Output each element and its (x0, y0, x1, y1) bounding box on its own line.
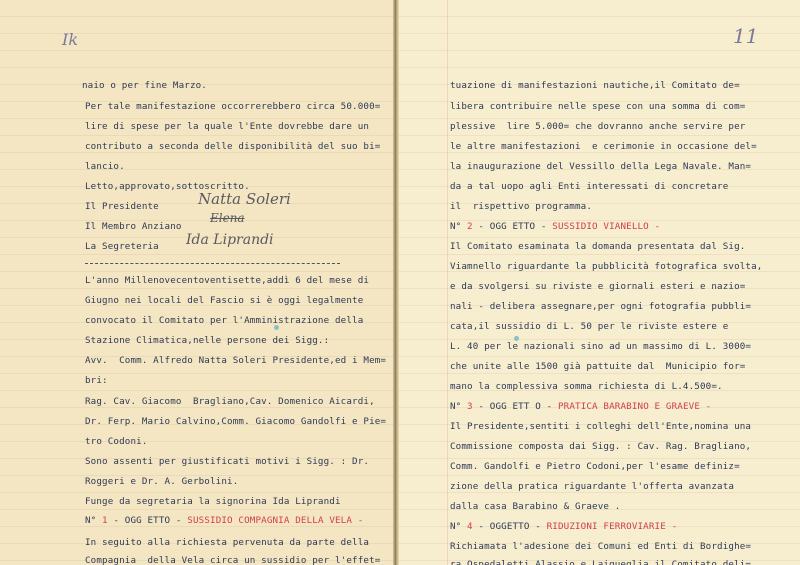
text-line: Richiamata l'adesione dei Comuni ed Enti… (450, 541, 751, 552)
signature-label-president: Il Presidente (85, 201, 159, 212)
text-line: da a tal uopo agli Enti interessati di c… (450, 181, 728, 192)
text-line: la inaugurazione del Vessillo della Lega… (450, 161, 751, 172)
signature-label-member: Il Membro Anziano (85, 221, 182, 232)
text-line: tro Codoni. (85, 436, 148, 447)
text-line: plessive lire 5.000= che dovranno anche … (450, 121, 745, 132)
signature-secretary: Ida Liprandi (186, 232, 274, 248)
text-line: dalla casa Barabino & Graeve . (450, 501, 620, 512)
agenda-item-title: PRATICA BARABINO E GRAEVE - (558, 401, 711, 412)
left-page: Ik naio o per fine Marzo. Per tale manif… (0, 0, 393, 565)
text-line: Funge da segretaria la signorina Ida Lip… (85, 496, 341, 507)
agenda-item-4: N° 4 - OGGETTO - RIDUZIONI FERROVIARIE - (450, 521, 677, 532)
text-line: tuazione di manifestazioni nautiche,il C… (450, 80, 740, 91)
text-line: Roggeri e Dr. A. Gerbolini. (85, 476, 238, 487)
text-line: Avv. Comm. Alfredo Natta Soleri Presiden… (85, 355, 386, 366)
text-line: Il Comitato esaminata la domanda present… (450, 241, 745, 252)
agenda-item-1: N° 1 - OGG ETTO - SUSSIDIO COMPAGNIA DEL… (85, 515, 363, 526)
text-line: Sono assenti per giustificati motivi i S… (85, 456, 369, 467)
text-line: che unite alle 1500 già pattuite dal Mun… (450, 361, 745, 372)
section-divider (85, 263, 340, 264)
text-line: L'anno Millenovecentoventisette,addì 6 d… (85, 275, 369, 286)
agenda-item-3: N° 3 - OGG ETT O - PRATICA BARABINO E GR… (450, 401, 711, 412)
text-line: Stazione Climatica,nelle persone dei Sig… (85, 335, 329, 346)
signature-label-secretary: La Segreteria (85, 241, 159, 252)
text-line: e da svolgersi su riviste e giornali est… (450, 281, 745, 292)
text-line: Commissione composta dai Sigg. : Cav. Ra… (450, 441, 751, 452)
text-line: lire di spese per la quale l'Ente dovreb… (85, 121, 369, 132)
text-line: Comm. Gandolfi e Pietro Codoni,per l'esa… (450, 461, 740, 472)
document-spread: Ik naio o per fine Marzo. Per tale manif… (0, 0, 800, 565)
folio-left: Ik (62, 30, 78, 49)
agenda-item-2: N° 2 - OGG ETTO - SUSSIDIO VIANELLO - (450, 221, 660, 232)
text-line: Dr. Ferp. Mario Calvino,Comm. Giacomo Ga… (85, 416, 386, 427)
text-line: L. 40 per le nazionali sino ad un massim… (450, 341, 751, 352)
text-line: convocato il Comitato per l'Amministrazi… (85, 315, 363, 326)
text-line: cata,il sussidio di L. 50 per le riviste… (450, 321, 728, 332)
text-line: nali - delibera assegnare,per ogni fotog… (450, 301, 751, 312)
agenda-item-title: RIDUZIONI FERROVIARIE - (547, 521, 678, 532)
right-page-text: tuazione di manifestazioni nautiche,il C… (399, 0, 433, 363)
text-line: le altre manifestazioni e cerimonie in o… (450, 141, 757, 152)
ink-spot (274, 325, 279, 330)
text-line: Il Presidente,sentiti i colleghi dell'En… (450, 421, 751, 432)
text-line: In seguito alla richiesta pervenuta da p… (85, 537, 369, 548)
agenda-item-title: SUSSIDIO VIANELLO - (552, 221, 660, 232)
text-line: naio o per fine Marzo. (82, 80, 207, 91)
text-line: Rag. Cav. Giacomo Bragliano,Cav. Domenic… (85, 396, 375, 407)
text-line: bri: (85, 375, 108, 386)
text-line: ra,Ospedaletti,Alassio e Laigueglia,il C… (450, 559, 751, 565)
text-line: Viamnello riguardante la pubblicità foto… (450, 261, 762, 272)
agenda-item-title: SUSSIDIO COMPAGNIA DELLA VELA - (187, 515, 363, 526)
left-page-text: naio o per fine Marzo. Per tale manifest… (0, 0, 34, 319)
text-line: mano la complessiva somma richiesta di L… (450, 381, 723, 392)
text-line: Per tale manifestazione occorrerebbero c… (85, 101, 380, 112)
text-line: zione della pratica riguardante l'offert… (450, 481, 734, 492)
folio-right: 11 (733, 24, 758, 48)
text-line: libera contribuire nelle spese con una s… (450, 101, 745, 112)
right-page: 11 tuazione di manifestazioni nautiche,i… (399, 0, 800, 565)
text-line: contributo a seconda delle disponibilità… (85, 141, 380, 152)
signature-president: Natta Soleri (198, 190, 291, 208)
text-line: Compagnia della Vela circa un sussidio p… (85, 555, 380, 565)
signature-member: Elena (210, 211, 245, 225)
text-line: lancio. (85, 161, 125, 172)
text-line: Giugno nei locali del Fascio si è oggi l… (85, 295, 363, 306)
ink-spot (514, 336, 519, 341)
text-line: il rispettivo programma. (450, 201, 592, 212)
